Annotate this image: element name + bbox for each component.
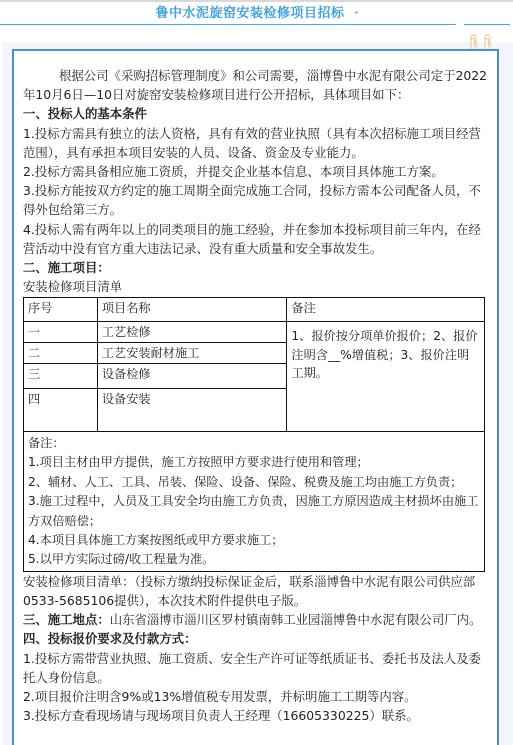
table-header-row: 序号 项目名称 备注 [24,298,485,322]
section-heading: 二、施工项目： [23,258,488,277]
requirement-item: 2.投标方需具备相应施工资质，并提交企业基本信息、本项目具体施工方案。 [23,162,488,181]
note-item: 5.以甲方实际过磅/收工程量为准。 [28,550,480,569]
location-text: 山东省淄博市淄川区罗村镇南韩工业园淄博鲁中水泥有限公司厂内。 [110,612,482,627]
cell-no: 一 [24,322,98,343]
note-item: 3.施工过程中，人员及工具安全均由施工方负责，因施工方原因造成主材损坏由施工方双… [28,492,480,531]
section-heading: 三、施工地点： [23,612,110,627]
requirement-item: 1.投标方需具有独立的法人资格，具有有效的营业执照（具有本次招标施工项目经营范围… [23,124,488,162]
section-heading: 四、投标报价要求及付款方式： [23,629,488,648]
cell-no: 三 [24,363,98,388]
requirement-item: 4.投标人需有两年以上的同类项目的施工经验，并在参加本投标项目前三年内，在经营活… [23,220,488,258]
section-heading: 一、投标人的基本条件 [23,104,488,123]
document-body: 根据公司《采购招标管理制度》和公司需要，淄博鲁中水泥有限公司定于2022年10月… [23,66,488,725]
header-cell-name: 项目名称 [97,298,287,322]
cell-name: 设备检修 [97,363,287,388]
requirement-item: 3.投标方能按双方约定的施工周期全面完成施工合同，投标方需本公司配备人员，不得外… [23,181,488,219]
header-cell-remark: 备注 [287,298,485,322]
title-underline [0,24,456,25]
cell-name: 工艺安装耐材施工 [97,343,287,364]
note-item: 4.本项目具体施工方案按图纸或甲方要求施工； [28,531,480,550]
note-item: 1.项目主材由甲方提供，施工方按照甲方要求进行使用和管理； [28,453,480,472]
header-cell-no: 序号 [24,298,98,322]
notes-cell: 备注： 1.项目主材由甲方提供，施工方按照甲方要求进行使用和管理； 2、辅材、人… [24,431,485,571]
article-title-bar: 鲁中水泥旋窑安装检修项目招标 [0,2,513,24]
table-notes-row: 备注： 1.项目主材由甲方提供，施工方按照甲方要求进行使用和管理； 2、辅材、人… [24,431,485,571]
note-item: 2、辅材、人工、工具、吊装、保险、设备、保险、税费及施工均由施工方负责； [28,473,480,492]
bid-requirement-item: 3.投标方查看现场请与现场项目负责人王经理（16605330225）联系。 [23,706,488,725]
cell-no: 二 [24,343,98,364]
table-row: 一 工艺检修 1、报价按分项单价报价；2、报价注明含__%增值税；3、报价注明工… [24,322,485,343]
title-dot-decoration [355,11,358,14]
project-items-table: 序号 项目名称 备注 一 工艺检修 1、报价按分项单价报价；2、报价注明含__%… [23,297,485,571]
article-title: 鲁中水泥旋窑安装检修项目招标 [155,6,344,21]
cell-name: 工艺检修 [97,322,287,343]
notes-title: 备注： [28,434,480,453]
list-contact-paragraph: 安装检修项目清单：（投标方缴纳投标保证金后，联系淄博鲁中水泥有限公司供应部053… [23,572,488,610]
title-underline-short [464,24,510,25]
location-paragraph: 三、施工地点：山东省淄博市淄川区罗村镇南韩工业园淄博鲁中水泥有限公司厂内。 [23,610,488,629]
list-title: 安装检修项目清单 [23,277,488,296]
bid-requirement-item: 2.项目报价注明含9%或13%增值税专用发票，并标明施工工期等内容。 [23,687,488,706]
intro-paragraph: 根据公司《采购招标管理制度》和公司需要，淄博鲁中水泥有限公司定于2022年10月… [23,66,488,104]
bid-requirement-item: 1.投标方需带营业执照、施工资质、安全生产许可证等纸质证书、委托书及法人及委托人… [23,649,488,687]
cell-name: 设备安装 [97,388,287,431]
cell-no: 四 [24,388,98,431]
cell-remark: 1、报价按分项单价报价；2、报价注明含__%增值税；3、报价注明工期。 [287,322,485,432]
